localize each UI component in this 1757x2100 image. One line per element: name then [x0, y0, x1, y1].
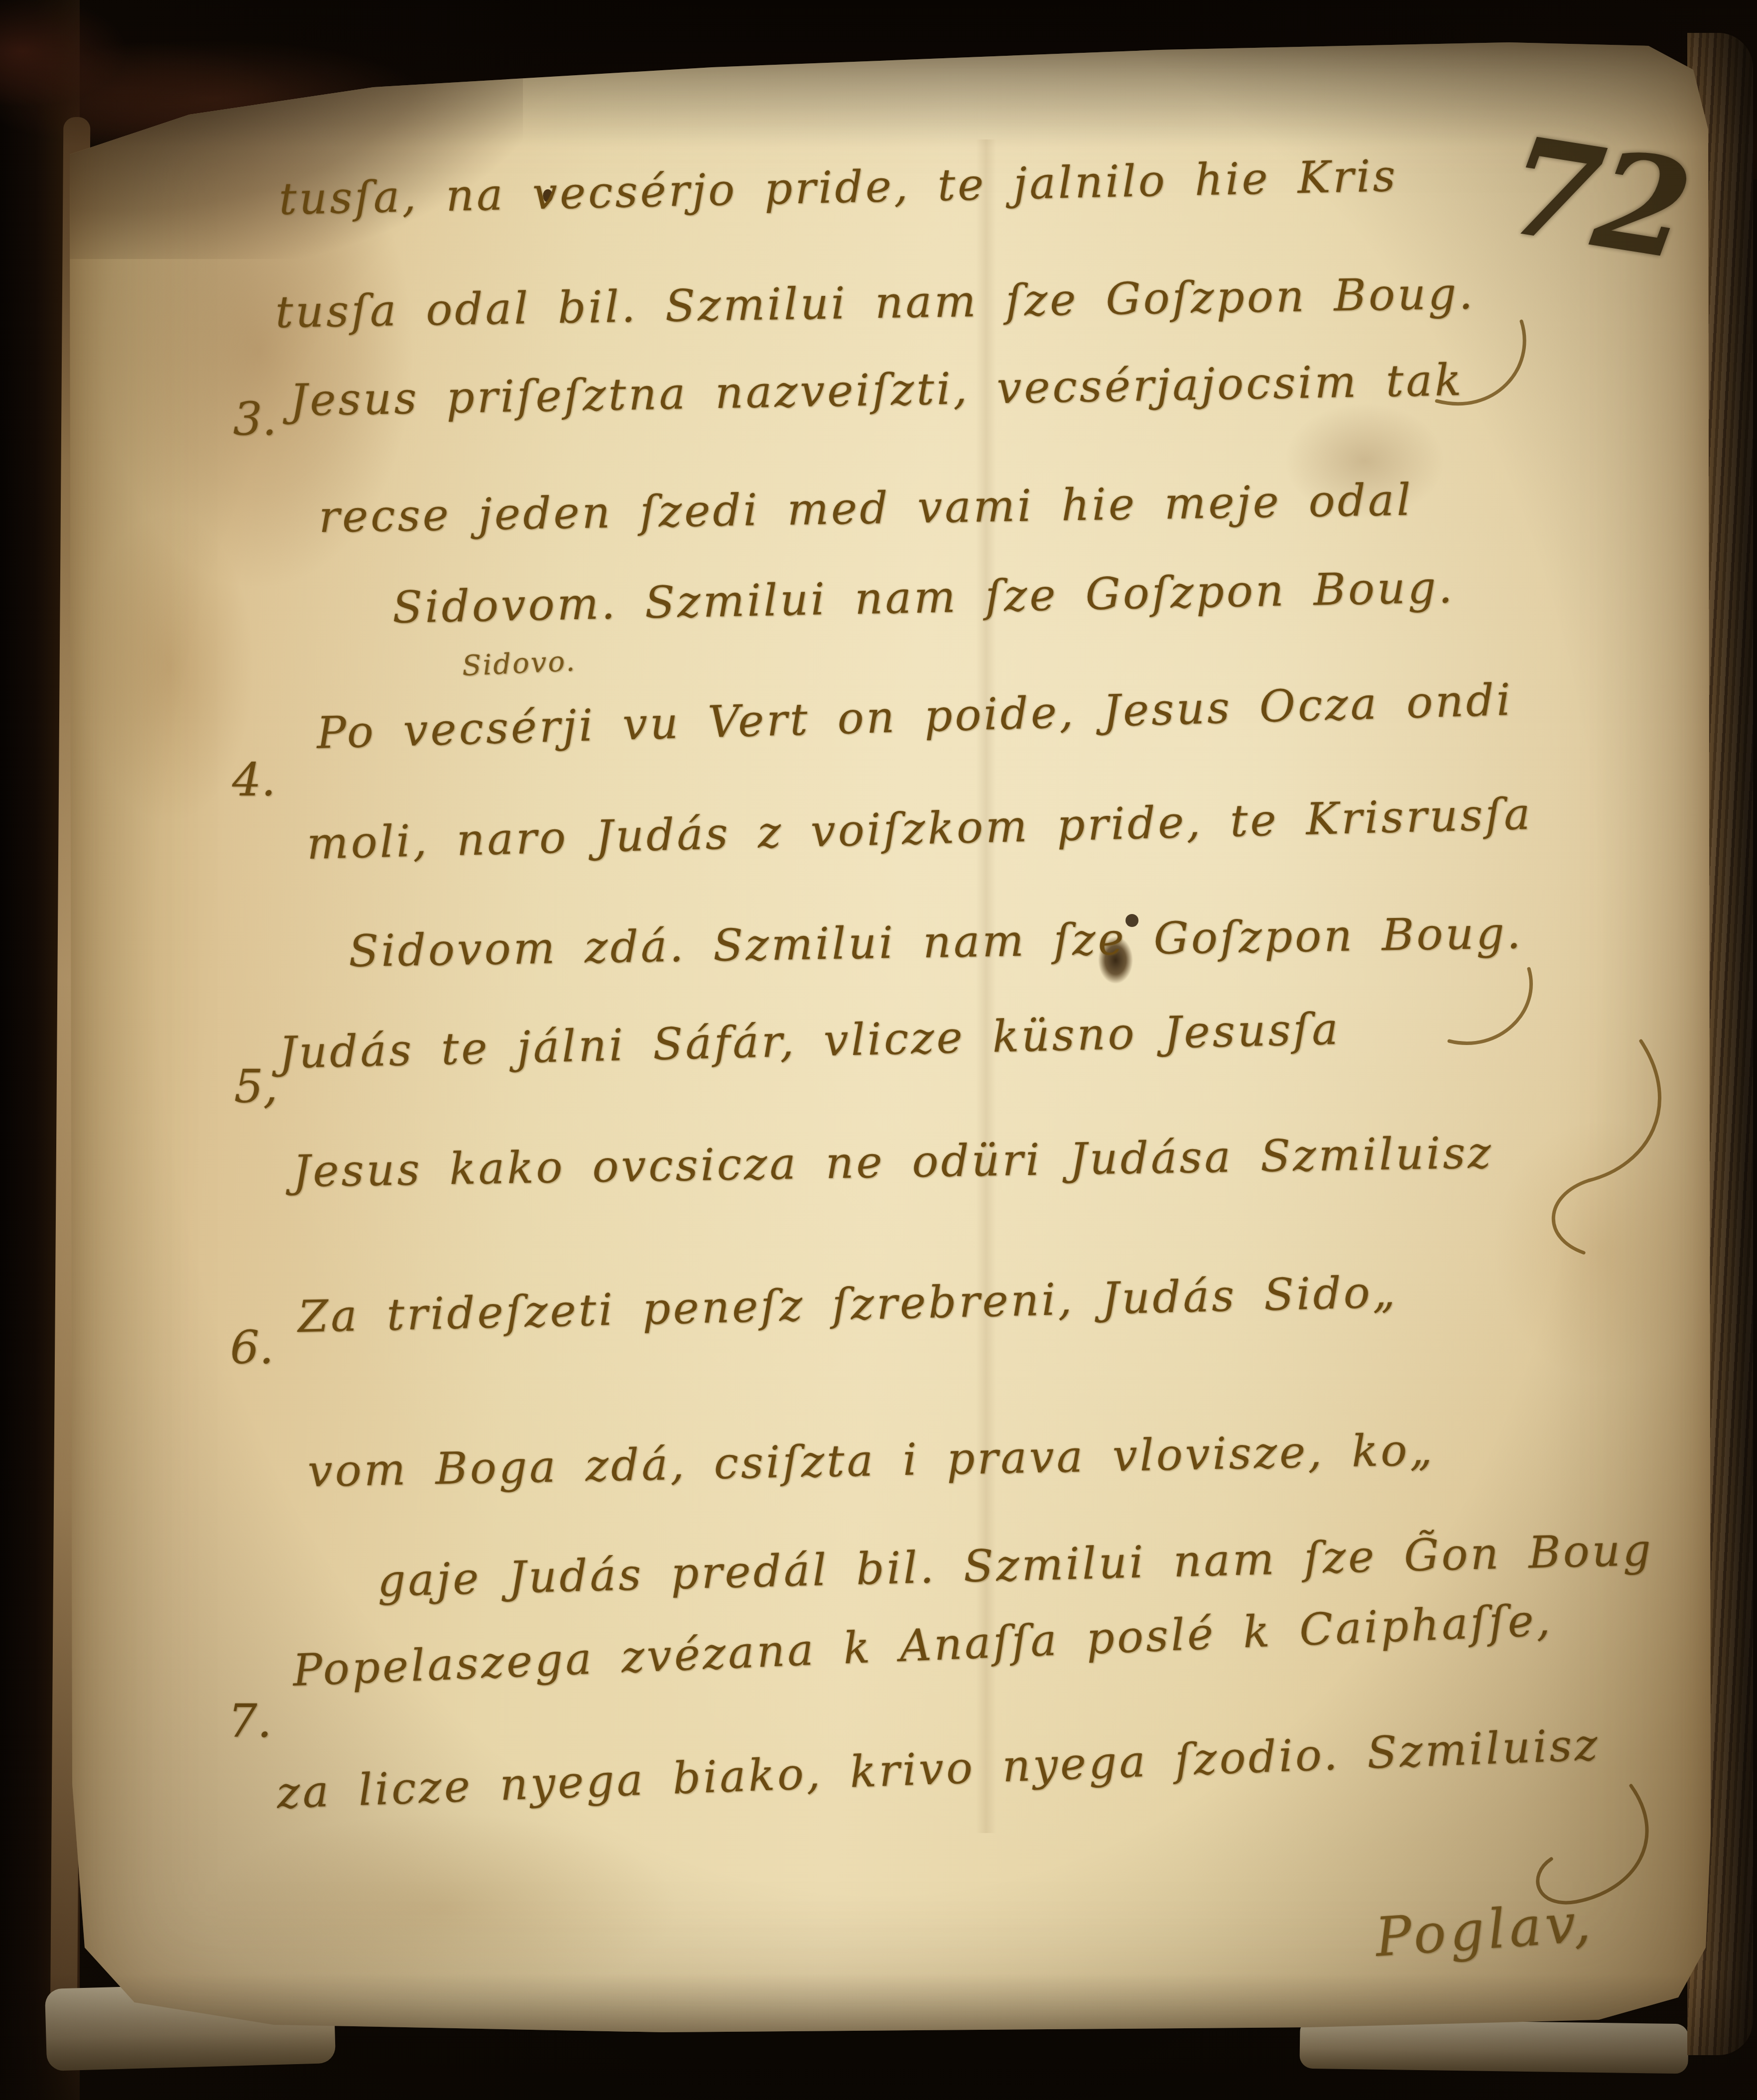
verse-number: 5,	[234, 1060, 278, 1113]
verse-number: 3.	[233, 393, 277, 446]
ink-flourish	[1419, 314, 1539, 433]
verse-number: 7.	[228, 1695, 272, 1748]
stain	[204, 1813, 677, 2002]
page-number: 72	[1497, 106, 1696, 290]
stain	[85, 513, 254, 822]
ink-flourish	[1524, 1031, 1673, 1265]
verse-number: 4.	[232, 753, 276, 806]
interlinear-note: Sidovo.	[462, 645, 577, 682]
ink-flourish	[1504, 1773, 1668, 1938]
verse-number: 6.	[230, 1321, 274, 1374]
under-page-corner-right	[1299, 2019, 1688, 2074]
